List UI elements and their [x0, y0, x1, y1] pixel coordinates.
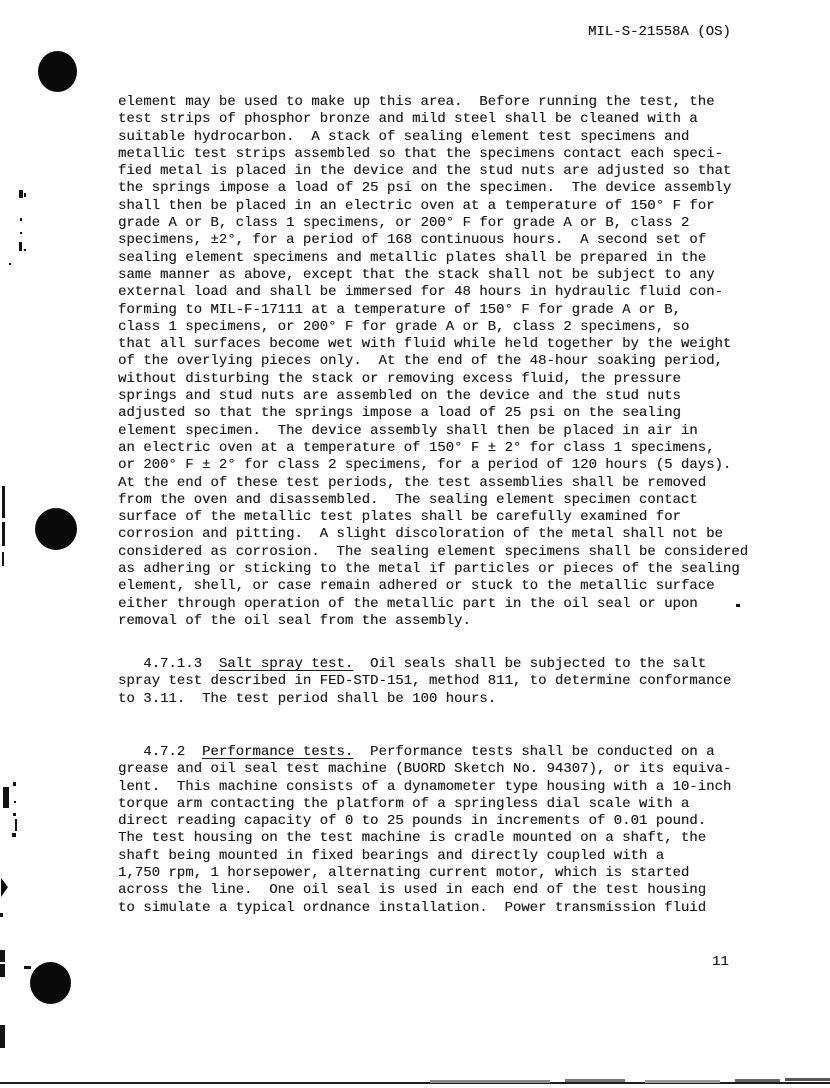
scan-mark: [9, 263, 11, 265]
document-id: MIL-S-21558A (OS): [588, 24, 731, 40]
scan-mark: [3, 787, 9, 808]
scan-mark: [19, 242, 22, 251]
section-body: Performance tests shall be conducted on …: [118, 744, 731, 916]
section-number: 4.7.2: [118, 744, 202, 760]
scan-edge-mark: [2, 486, 5, 518]
hole-punch-icon: [35, 508, 77, 550]
scan-mark: [0, 913, 3, 917]
scan-edge-line: [645, 1080, 720, 1083]
section-salt-spray-test: 4.7.1.3 Salt spray test. Oil seals shall…: [118, 656, 731, 708]
scan-mark: [13, 813, 16, 816]
hole-punch-icon: [30, 962, 71, 1004]
scan-edge-mark: [2, 552, 4, 566]
section-number: 4.7.1.3: [118, 656, 219, 672]
section-title: Performance tests.: [202, 744, 353, 760]
scan-edge-line: [735, 1079, 780, 1082]
scan-mark: [24, 249, 26, 251]
scan-edge-mark: [0, 950, 5, 962]
scan-mark: [24, 193, 26, 197]
scanned-document-page: MIL-S-21558A (OS) element may be used to…: [0, 0, 830, 1088]
scan-edge-line: [430, 1080, 550, 1083]
section-performance-tests: 4.7.2 Performance tests. Performance tes…: [118, 744, 731, 917]
scan-mark: [14, 801, 16, 803]
hole-punch-icon: [38, 51, 77, 92]
scan-mark: [736, 604, 740, 607]
page-number: 11: [712, 954, 729, 970]
scan-mark: [12, 833, 16, 837]
scan-mark: [15, 819, 17, 831]
scan-mark: [24, 966, 31, 969]
scan-mark: [13, 782, 16, 786]
scan-mark: [20, 232, 22, 234]
scan-edge-mark: [2, 522, 5, 546]
scan-edge-line: [785, 1078, 830, 1081]
scan-mark: [20, 218, 22, 221]
section-title: Salt spray test.: [219, 656, 353, 672]
scan-edge-mark: [0, 964, 5, 977]
scan-blot: [1, 878, 8, 897]
scan-mark: [19, 190, 23, 198]
paragraph-oven-corrosion-test: element may be used to make up this area…: [118, 94, 748, 630]
scan-edge-mark: [0, 1025, 5, 1048]
scan-edge-line: [565, 1079, 625, 1082]
